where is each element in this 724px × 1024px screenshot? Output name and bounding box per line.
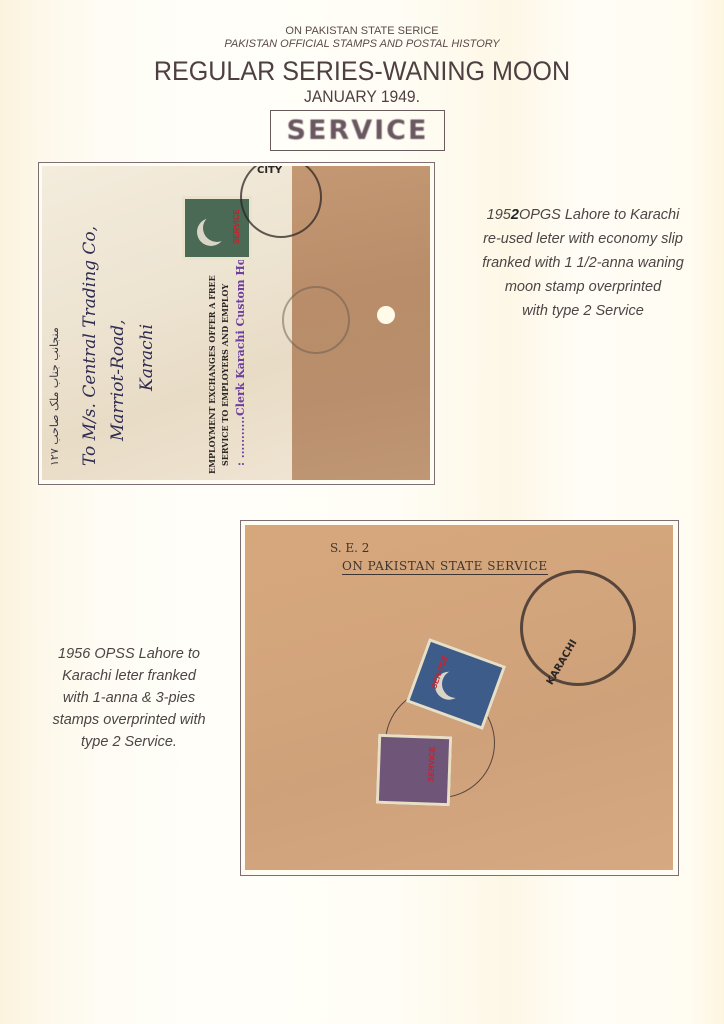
urdu-inscription: ﻣﻨﺠﺎﻧﺐ ﺟﻨﺎﺏ ﻣﻠﮏ ﺻﺎﺣﺐ ۱۲۷ [48, 327, 61, 466]
service-overprint: SERVICE [232, 209, 241, 244]
caption-cover-1: 1952OPGS Lahore to Karachi re-used leter… [452, 203, 714, 323]
page-date: JANUARY 1949. [29, 87, 695, 107]
crescent-icon [203, 214, 231, 242]
cover-1-image: ﻣﻨﺠﺎﻧﺐ ﺟﻨﺎﺏ ﻣﻠﮏ ﺻﺎﺣﺐ ۱۲۷ To M/s. Central… [42, 166, 430, 480]
caption-1-line-5: with type 2 Service [452, 299, 714, 323]
cover-code: S. E. 2 [330, 541, 369, 555]
service-overprint-text: SERVICE [287, 115, 429, 146]
caption-year-correction: 2 [511, 207, 519, 223]
slip-line-3: : ...........Clerk Karachi Custom House. [234, 233, 247, 466]
slip-line-1: EMPLOYMENT EXCHANGES OFFER A FREE [207, 275, 217, 474]
caption-2-line-5: type 2 Service. [18, 731, 240, 753]
caption-year: 195 [487, 207, 511, 223]
address-line-3: Karachi [137, 324, 157, 391]
punch-hole [377, 306, 395, 324]
page-title: REGULAR SERIES-WANING MOON [25, 56, 698, 87]
caption-1-line-4: moon stamp overprinted [452, 275, 714, 299]
address-line-2: Marriot-Road, [108, 320, 128, 442]
caption-1-line-3: franked with 1 1/2-anna waning [452, 251, 714, 275]
caption-1-line-1: 1952OPGS Lahore to Karachi [452, 203, 714, 227]
header-line-2: PAKISTAN OFFICIAL STAMPS AND POSTAL HIST… [0, 38, 724, 50]
header-line-1: ON PAKISTAN STATE SERICE [0, 25, 724, 37]
service-overprint-sample: SERVICE [270, 110, 445, 151]
caption-2-line-2: Karachi leter franked [18, 665, 240, 687]
postmark-faint [282, 286, 350, 354]
caption-1-line-2: re-used leter with economy slip [452, 227, 714, 251]
slip-line-2: SERVICE TO EMPLOYERS AND EMPLOY [220, 284, 230, 466]
caption-1-line-1-text: OPGS Lahore to Karachi [519, 207, 679, 223]
stamp-3-pies-violet: SERVICE [376, 734, 452, 807]
caption-2-line-3: with 1-anna & 3-pies [18, 687, 240, 709]
postmark-city-text: CITY [257, 166, 282, 176]
service-overprint: SERVICE [427, 746, 437, 781]
cover-heading: ON PAKISTAN STATE SERVICE [342, 559, 548, 575]
caption-2-line-1: 1956 OPSS Lahore to [18, 643, 240, 665]
postmark-karachi [520, 570, 636, 686]
address-line-1: To M/s. Central Trading Co, [80, 226, 100, 466]
caption-2-line-4: stamps overprinted with [18, 709, 240, 731]
cover-2-image: S. E. 2 ON PAKISTAN STATE SERVICE KARACH… [245, 525, 673, 870]
caption-cover-2: 1956 OPSS Lahore to Karachi leter franke… [18, 643, 240, 753]
